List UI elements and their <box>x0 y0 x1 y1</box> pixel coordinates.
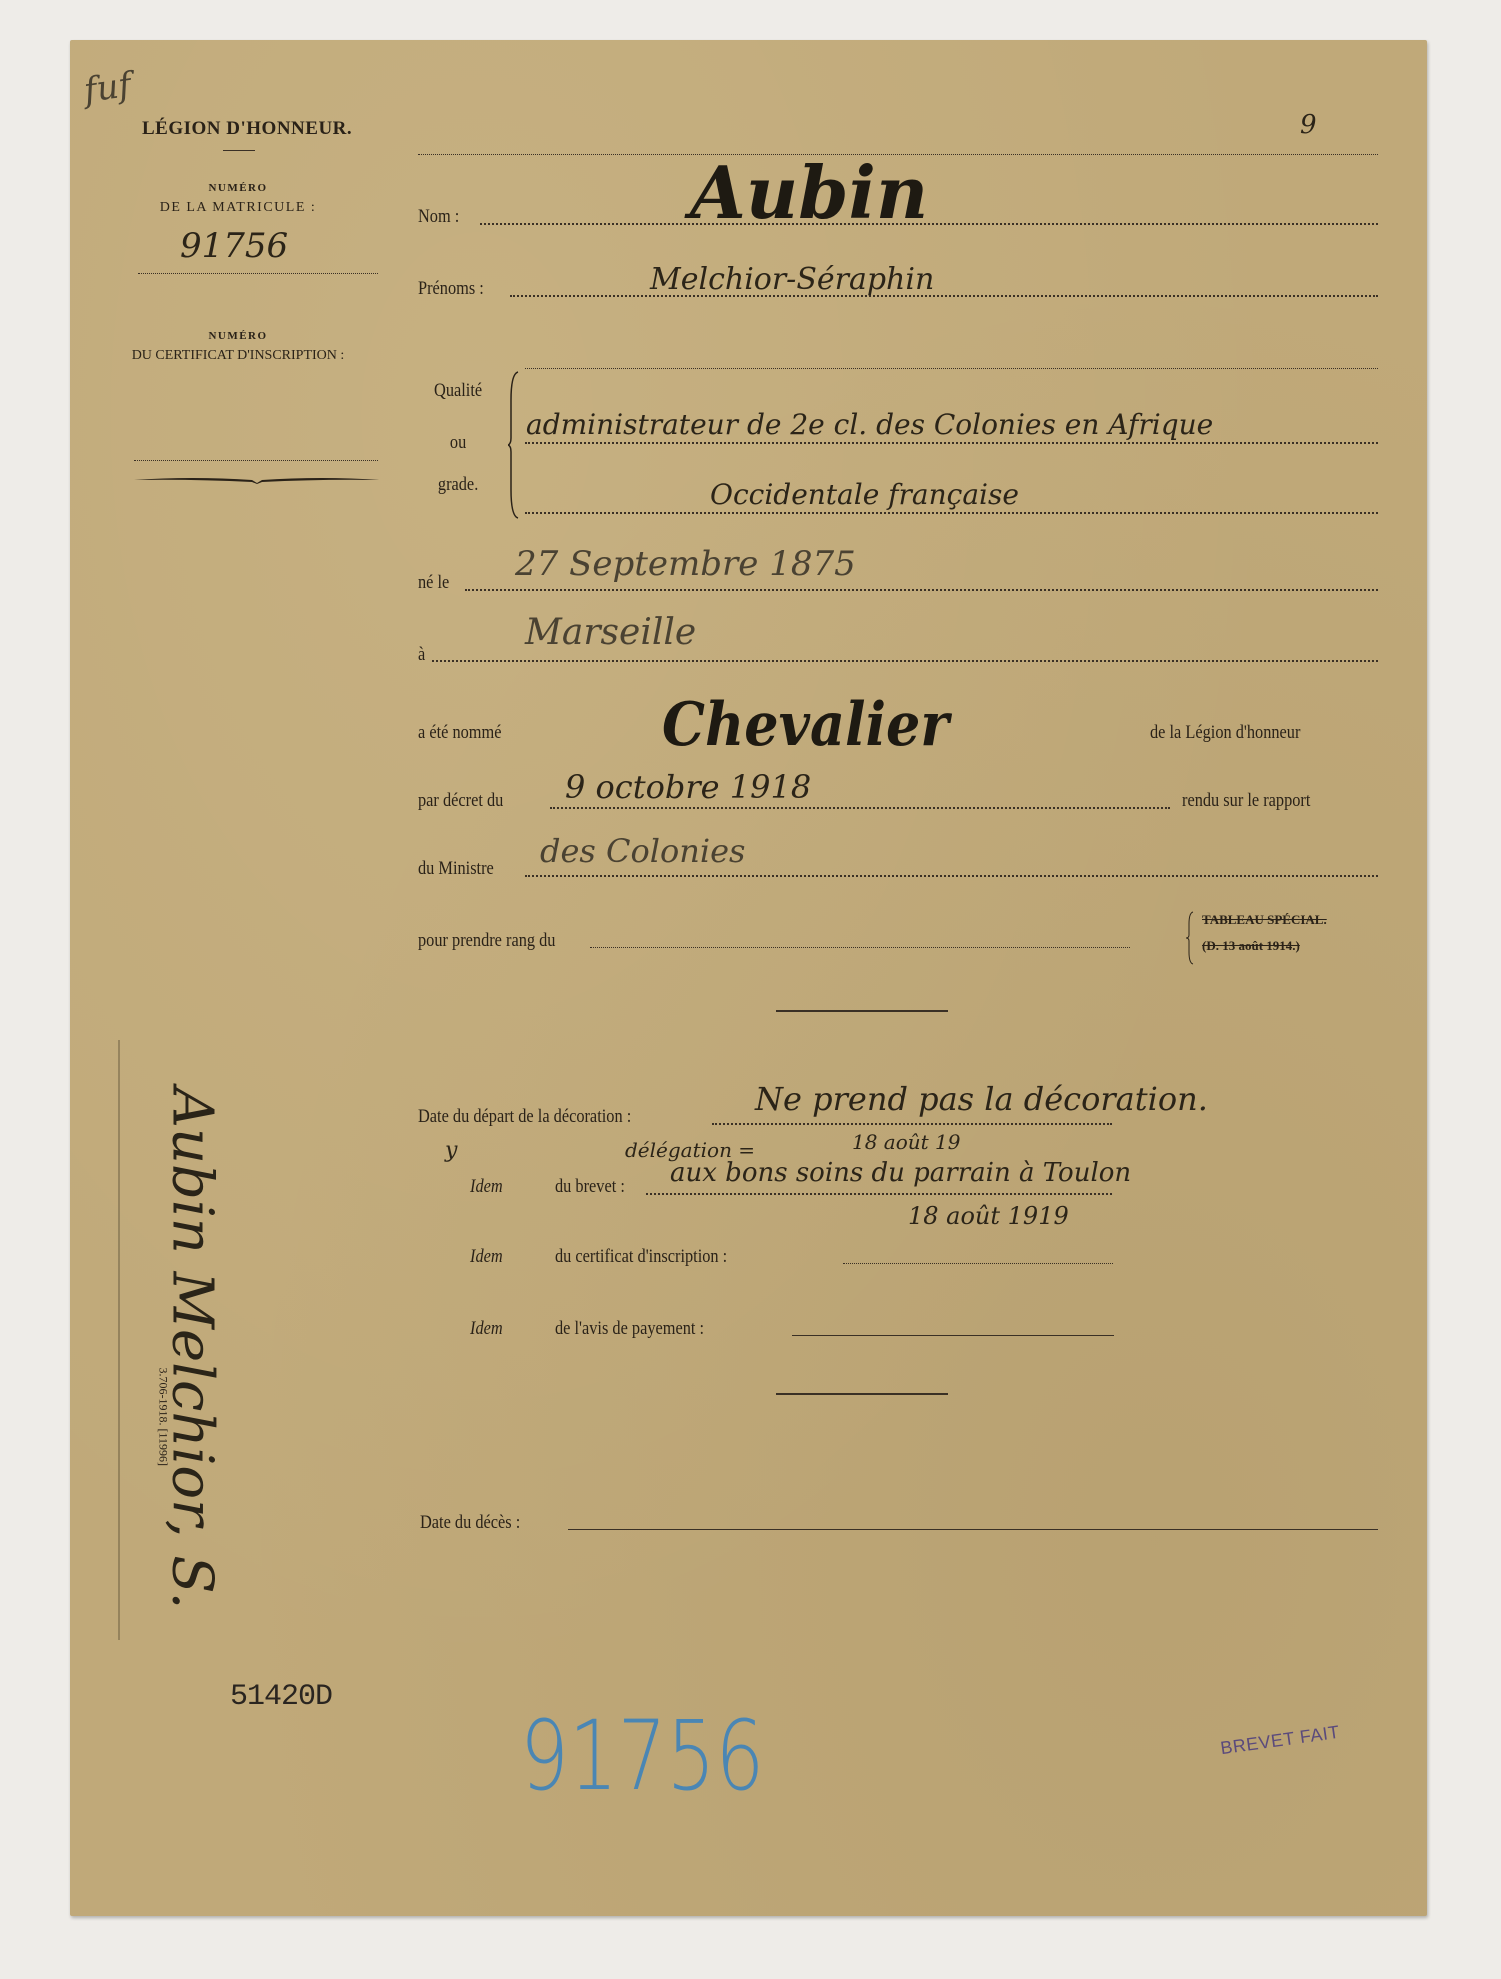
matricule-line <box>138 273 378 274</box>
depart-note-mark: y <box>445 1138 457 1163</box>
certificat-label-top: NUMÉRO <box>142 330 334 342</box>
avis-label: de l'avis de payement : <box>555 1318 704 1340</box>
nom-line <box>480 223 1378 225</box>
qualite-value-2: Occidentale française <box>710 478 1019 511</box>
margin-mark: 9 <box>1300 110 1317 140</box>
ministre-value: des Colonies <box>540 832 745 870</box>
ne-le-label: né le <box>418 572 449 594</box>
decret-value: 9 octobre 1918 <box>565 768 811 806</box>
depart-label: Date du départ de la décoration : <box>418 1106 631 1128</box>
certificat-label: DU CERTIFICAT D'INSCRIPTION : <box>102 348 374 364</box>
margin-rule <box>118 1040 120 1640</box>
ministre-label: du Ministre <box>418 858 494 880</box>
avis-line <box>792 1335 1114 1336</box>
matricule-label-top: NUMÉRO <box>142 182 334 194</box>
depart-note-date: 18 août 19 <box>852 1130 961 1154</box>
ne-le-value: 27 Septembre 1875 <box>515 544 856 584</box>
nomination-suffix: de la Légion d'honneur <box>1150 722 1300 744</box>
a-line <box>432 660 1378 662</box>
brace <box>508 370 522 520</box>
matricule-value: 91756 <box>180 226 288 266</box>
a-label: à <box>418 644 425 666</box>
decret-suffix: rendu sur le rapport <box>1182 790 1310 812</box>
brevet-date: 18 août 1919 <box>908 1202 1069 1230</box>
brevet-idem: Idem <box>470 1176 503 1198</box>
qualite-label-3: grade. <box>428 474 488 496</box>
prenoms-label: Prénoms : <box>418 278 484 300</box>
qualite-line-1 <box>525 442 1378 444</box>
nom-value: Aubin <box>690 150 928 235</box>
decret-line <box>550 807 1170 809</box>
brace-small <box>1185 910 1195 966</box>
rank-value: Chevalier <box>662 690 949 760</box>
rang-line <box>590 947 1130 948</box>
qualite-value-1: administrateur de 2e cl. des Colonies en… <box>526 408 1213 441</box>
dossier-number: 51420D <box>230 1680 332 1714</box>
divider <box>223 150 255 151</box>
section-divider <box>776 1393 948 1395</box>
margin-initials: fuf <box>81 65 133 111</box>
certificat-insc-label: du certificat d'inscription : <box>555 1246 727 1268</box>
decret-label: par décret du <box>418 790 503 812</box>
nomination-label: a été nommé <box>418 722 501 744</box>
ne-le-line <box>465 589 1378 591</box>
ministre-line <box>525 875 1378 877</box>
matricule-label: DE LA MATRICULE : <box>142 200 334 216</box>
printer-mark: 3.706-1918. [11996] <box>156 1368 171 1518</box>
header-title: LÉGION D'HONNEUR. <box>142 118 334 140</box>
qualite-label-1: Qualité <box>428 380 488 402</box>
deces-line <box>568 1529 1378 1530</box>
qualite-label-2: ou <box>428 432 488 454</box>
certificat-idem: Idem <box>470 1246 503 1268</box>
prenoms-value: Melchior-Séraphin <box>650 262 934 297</box>
certificat-insc-line <box>843 1263 1113 1264</box>
section-divider <box>776 1010 948 1012</box>
rule <box>525 368 1378 369</box>
nom-label: Nom : <box>418 206 459 228</box>
brevet-line <box>646 1193 1112 1195</box>
prenoms-line <box>510 295 1378 297</box>
a-value: Marseille <box>525 612 696 653</box>
registry-card: fuf LÉGION D'HONNEUR. NUMÉRO DE LA MATRI… <box>70 40 1427 1916</box>
brevet-label: du brevet : <box>555 1176 625 1198</box>
tableau-decret: (D. 13 août 1914.) <box>1202 938 1300 954</box>
blue-matricule-number: 91756 <box>520 1700 764 1812</box>
depart-line <box>712 1123 1112 1125</box>
depart-value: Ne prend pas la décoration. <box>755 1080 1208 1118</box>
rang-label: pour prendre rang du <box>418 930 555 952</box>
ornament-rule <box>132 474 382 486</box>
deces-label: Date du décès : <box>420 1512 520 1534</box>
qualite-line-2 <box>525 512 1378 514</box>
avis-idem: Idem <box>470 1318 503 1340</box>
brevet-value: aux bons soins du parrain à Toulon <box>670 1158 1131 1188</box>
tableau-special: TABLEAU SPÉCIAL. <box>1202 912 1327 928</box>
brevet-fait-stamp: BREVET FAIT <box>1219 1722 1341 1760</box>
certificat-line <box>134 460 378 461</box>
